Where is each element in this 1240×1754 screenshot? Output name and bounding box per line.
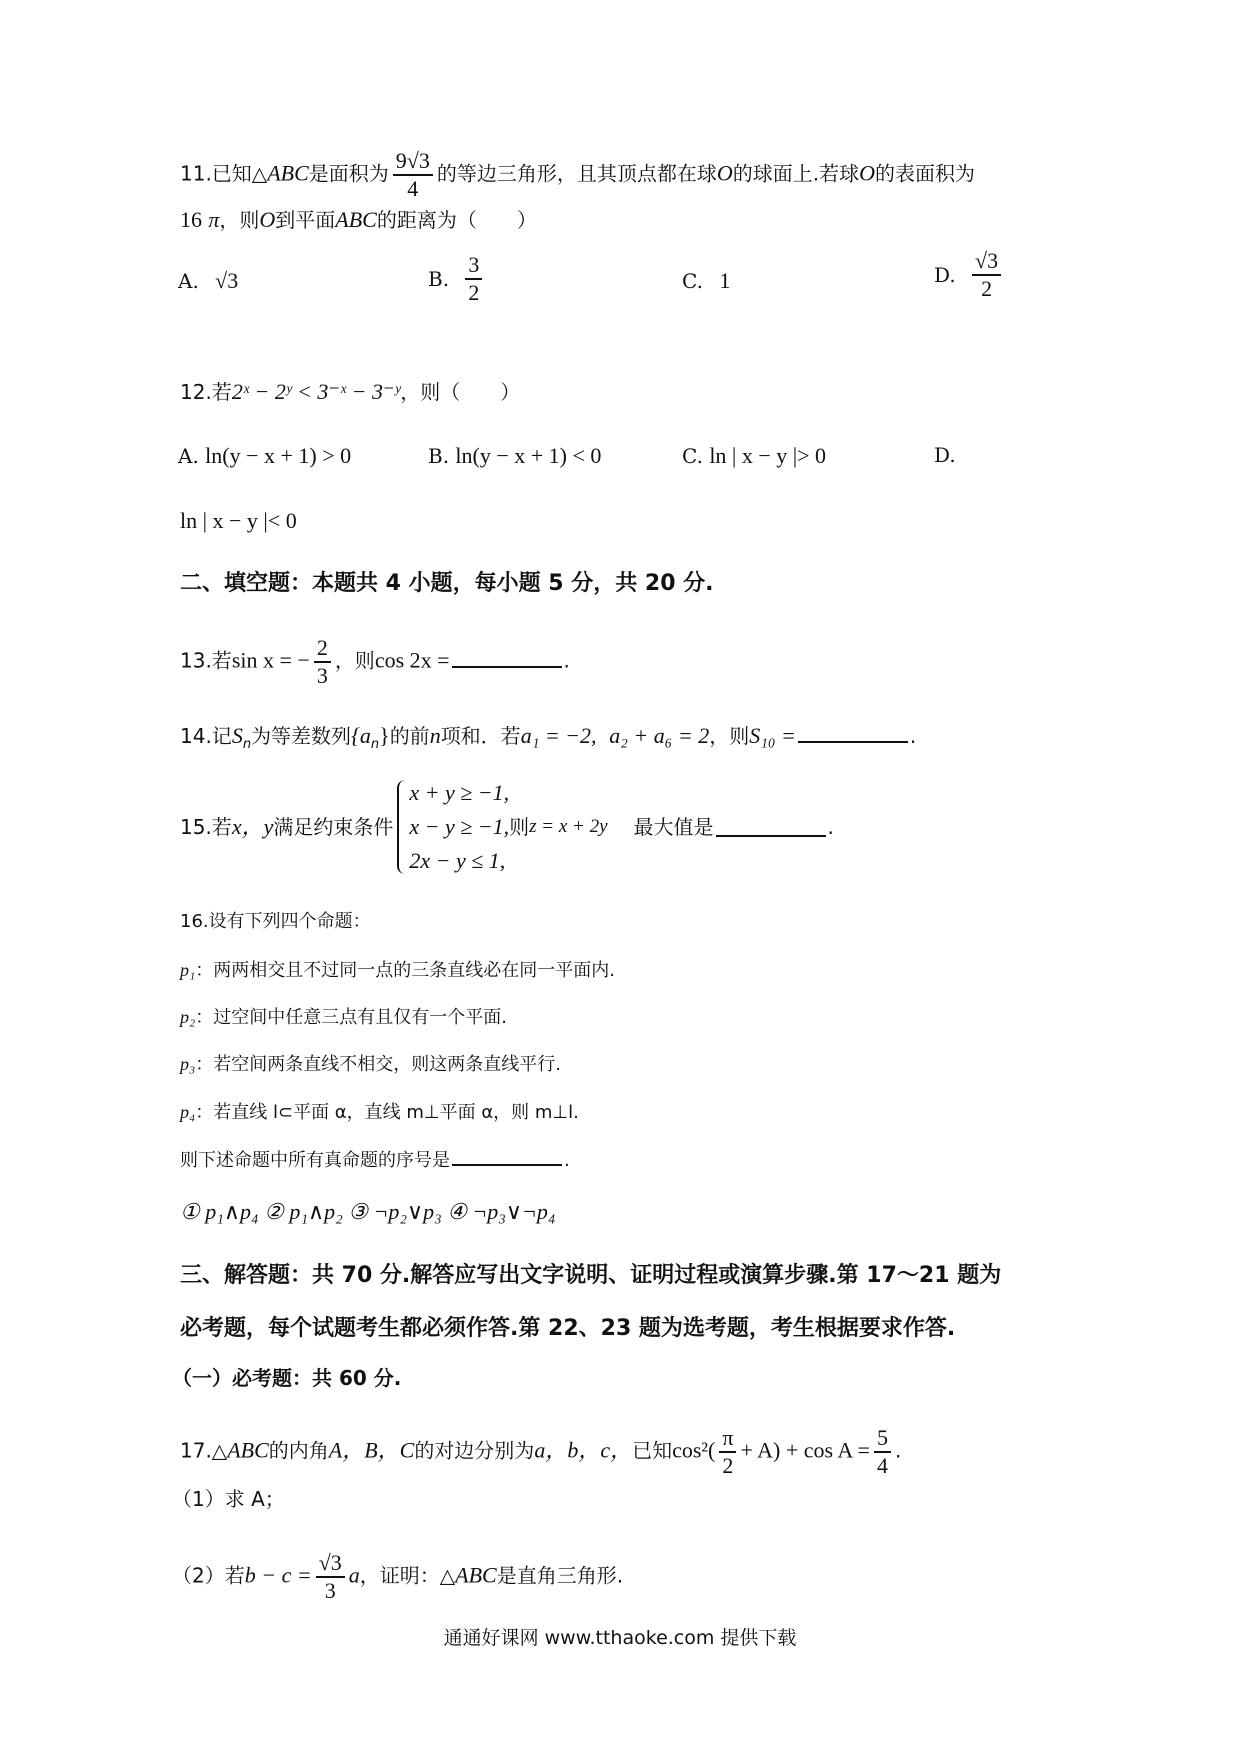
q17-sides: a，b，c， [534, 1438, 632, 1463]
q13-end: . [564, 649, 570, 673]
q14-text: 项和．若 [441, 724, 521, 748]
question-12-stem: 12.若2ˣ − 2ʸ < 3⁻ˣ − 3⁻ʸ，则（ ） [180, 378, 520, 406]
q14-text: 的前 [390, 724, 430, 748]
constraint: x + y ≥ −1, [409, 776, 509, 810]
section-3-subheading: （一）必考题：共 60 分. [172, 1364, 401, 1392]
q16-proposition-4: p₄：若直线 l⊂平面 α，直线 m⊥平面 α，则 m⊥l. [180, 1098, 579, 1127]
frac-num: √3 [316, 1550, 345, 1578]
constraint: 2x − y ≤ 1, [409, 844, 509, 878]
q14-end: . [910, 724, 916, 748]
q12-inequality: 2ˣ − 2ʸ < 3⁻ˣ − 3⁻ʸ [232, 379, 400, 404]
frac-num: 9√3 [393, 148, 433, 176]
frac-den: 2 [719, 1453, 736, 1479]
q12-option-a: A. ln(y − x + 1) > 0 [178, 443, 351, 469]
q14-cond2: a₂ + a₆ = 2 [609, 723, 709, 748]
q11-triangle: ABC [267, 161, 309, 186]
q17-text: 的对边分别为 [414, 1439, 534, 1463]
footer-source-text: 通通好课网 www.tthaoke.com 提供下载 [0, 1623, 1240, 1650]
frac-den: 3 [316, 1578, 345, 1604]
section-3-heading-line-1: 三、解答题：共 70 分.解答应写出文字说明、证明过程或演算步骤.第 17～21… [180, 1262, 1001, 1290]
question-14: 14.记Sn为等差数列{an}的前n项和．若a₁ = −2, a₂ + a₆ =… [180, 722, 916, 759]
frac-num: π [719, 1425, 736, 1453]
option-label: B. [428, 444, 449, 468]
q13-lhs: sin x = − [232, 648, 310, 673]
q11-text: 的球面上.若球 [733, 162, 859, 186]
q15-objective: z = x + 2y [529, 816, 607, 837]
frac-den: 2 [972, 276, 1001, 302]
q15-text: 则 [509, 815, 529, 839]
q11-plane: ABC [335, 207, 377, 232]
q13-text: ，则 [335, 649, 375, 673]
q13-answer-blank[interactable] [452, 648, 562, 668]
q17-part2-lhs: b − c = [245, 1563, 312, 1588]
frac-den: 4 [874, 1453, 891, 1479]
option-label: A. [178, 444, 199, 468]
option-fraction: 32 [465, 252, 482, 306]
q14-s10: S₁₀ = [749, 723, 796, 748]
option-value: ln | x − y |< 0 [180, 508, 297, 533]
q11-text: 到平面 [275, 208, 335, 232]
q16-question: 则下述命题中所有真命题的序号是. [180, 1146, 570, 1175]
q15-prefix: 15.若 [180, 815, 232, 839]
q12-suffix: ，则（ ） [400, 380, 520, 404]
question-17: 17.△ABC的内角A，B，C的对边分别为a，b，c，已知cos²(π2+ A)… [180, 1425, 901, 1479]
prop-label: p₃ [180, 1054, 195, 1074]
q14-cond1: a₁ = −2, [521, 723, 597, 748]
q14-prefix: 14.记 [180, 724, 232, 748]
q13-rhs: cos 2x = [375, 648, 450, 673]
frac-num: 5 [874, 1425, 891, 1453]
q14-text: ，则 [709, 724, 749, 748]
q17-text: 的内角 [269, 1439, 329, 1463]
q16-answer-blank[interactable] [452, 1146, 562, 1166]
q11-option-d: D. √32 [934, 248, 1005, 302]
q16-question-text: 则下述命题中所有真命题的序号是 [180, 1150, 450, 1171]
prop-text: ：若直线 l⊂平面 α，直线 m⊥平面 α，则 m⊥l. [195, 1102, 579, 1123]
exam-page: 11.已知△ABC是面积为9√34的等边三角形，且其顶点都在球O的球面上.若球O… [0, 0, 1240, 1754]
q11-text: 的表面积为 [875, 162, 975, 186]
q17-part-1: （1）求 A； [172, 1485, 285, 1513]
q17-angles: A，B，C [329, 1438, 415, 1463]
q13-fraction: 23 [314, 635, 331, 689]
q17-triangle: ABC [227, 1438, 269, 1463]
prop-label: p₄ [180, 1102, 195, 1122]
q14-sn: S [232, 723, 243, 748]
option-label: C. [682, 269, 703, 293]
q16-proposition-2: p₂：过空间中任意三点有且仅有一个平面. [180, 1003, 507, 1032]
q12-option-d-value: ln | x − y |< 0 [180, 508, 297, 534]
q14-sn-sub: n [243, 737, 251, 752]
q17-pi-fraction: π2 [719, 1425, 736, 1479]
frac-num: 2 [314, 635, 331, 663]
q11-text: ，则 [219, 208, 259, 232]
q14-n: n [430, 723, 441, 748]
prop-label: p₁ [180, 960, 195, 980]
q11-prefix: 11.已知△ [180, 162, 267, 186]
q17-expr: + A) + cos A = [740, 1438, 870, 1463]
prop-text: ：两两相交且不过同一点的三条直线必在同一平面内. [195, 960, 615, 981]
q15-constraint-system: x + y ≥ −1,x − y ≥ −1,2x − y ≤ 1, [395, 776, 509, 878]
q16-proposition-3: p₃：若空间两条直线不相交，则这两条直线平行. [180, 1050, 561, 1079]
option-label: A. [178, 269, 199, 293]
section-3-heading-line-2: 必考题，每个试题考生都必须作答.第 22、23 题为选考题，考生根据要求作答. [180, 1315, 955, 1343]
prop-text: ：若空间两条直线不相交，则这两条直线平行. [195, 1054, 561, 1075]
option-value: ln(y − x + 1) > 0 [205, 443, 351, 468]
q16-choices-text: ① p₁∧p₄ ② p₁∧p₂ ③ ¬p₂∨p₃ ④ ¬p₃∨¬p₄ [180, 1199, 556, 1224]
option-value: 1 [719, 268, 730, 293]
q17-part2-prefix: （2）若 [172, 1564, 245, 1588]
q15-max-label: 最大值是 [634, 815, 714, 839]
q17-end: . [895, 1439, 901, 1463]
q17-prefix: 17.△ [180, 1439, 227, 1463]
option-label: B. [428, 267, 449, 291]
q16-choices: ① p₁∧p₄ ② p₁∧p₂ ③ ¬p₂∨p₃ ④ ¬p₃∨¬p₄ [180, 1198, 556, 1226]
frac-den: 4 [393, 176, 433, 202]
q14-answer-blank[interactable] [798, 723, 908, 743]
q14-seq-sub: n [371, 737, 379, 752]
question-16-intro: 16.设有下列四个命题： [180, 908, 371, 936]
q11-option-a: A. √3 [178, 268, 238, 294]
q17-part-2: （2）若b − c =√33a，证明：△ABC是直角三角形. [172, 1550, 623, 1604]
q11-option-c: C. 1 [682, 268, 730, 294]
q17-part2-end: 是直角三角形. [497, 1564, 623, 1588]
frac-num: 3 [465, 252, 482, 280]
q11-value: 16 [180, 207, 202, 232]
q12-option-c: C. ln | x − y |> 0 [682, 443, 826, 469]
option-fraction: √32 [972, 248, 1001, 302]
q12-prefix: 12.若 [180, 380, 232, 404]
option-value: √3 [215, 268, 238, 293]
q16-end: . [564, 1150, 570, 1171]
section-2-heading: 二、填空题：本题共 4 小题，每小题 5 分，共 20 分. [180, 570, 714, 598]
q11-text: 是面积为 [309, 162, 389, 186]
q11-sphere-o: O [859, 161, 875, 186]
q11-text: 的距离为（ ） [377, 208, 537, 232]
option-label: C. [682, 444, 703, 468]
q14-seq-end: } [379, 723, 390, 748]
q11-area-fraction: 9√34 [393, 148, 433, 202]
option-value: ln | x − y |> 0 [709, 443, 826, 468]
frac-den: 2 [465, 280, 482, 306]
prop-text: ：过空间中任意三点有且仅有一个平面. [195, 1007, 507, 1028]
q15-vars: x，y [232, 814, 274, 839]
q12-option-b: B. ln(y − x + 1) < 0 [428, 443, 601, 469]
q15-answer-blank[interactable] [716, 817, 826, 837]
frac-num: √3 [972, 248, 1001, 276]
q11-o: O [259, 207, 275, 232]
option-value: ln(y − x + 1) < 0 [455, 443, 601, 468]
q11-pi: π [208, 207, 219, 232]
q17-part2-text: ，证明：△ [360, 1564, 455, 1588]
q13-prefix: 13.若 [180, 649, 232, 673]
q16-proposition-1: p₁：两两相交且不过同一点的三条直线必在同一平面内. [180, 956, 615, 985]
question-13: 13.若sin x = −23，则cos 2x =. [180, 635, 570, 689]
q11-option-b: B. 32 [428, 252, 486, 306]
q17-text: 已知 [632, 1439, 672, 1463]
constraint: x − y ≥ −1, [409, 810, 509, 844]
q11-text: 的等边三角形，且其顶点都在球 [437, 162, 717, 186]
q12-option-d: D. [934, 443, 956, 467]
question-15: 15.若x，y满足约束条件x + y ≥ −1,x − y ≥ −1,2x − … [180, 776, 834, 878]
q17-part2-triangle: ABC [455, 1563, 497, 1588]
q15-text: 满足约束条件 [273, 815, 393, 839]
question-11-line-1: 11.已知△ABC是面积为9√34的等边三角形，且其顶点都在球O的球面上.若球O… [180, 148, 975, 202]
prop-label: p₂ [180, 1007, 195, 1027]
q15-end: . [828, 815, 834, 839]
q17-part2-fraction: √33 [316, 1550, 345, 1604]
q14-text: 为等差数列 [251, 724, 351, 748]
option-label: D. [934, 263, 956, 287]
q17-expr: cos²( [672, 1438, 715, 1463]
question-11-line-2: 16 π，则O到平面ABC的距离为（ ） [180, 206, 537, 234]
q14-seq: {a [351, 723, 371, 748]
frac-den: 3 [314, 663, 331, 689]
q17-rhs-fraction: 54 [874, 1425, 891, 1479]
q17-part2-a: a [349, 1563, 360, 1588]
option-label: D. [934, 443, 956, 467]
q11-sphere-o: O [717, 161, 733, 186]
